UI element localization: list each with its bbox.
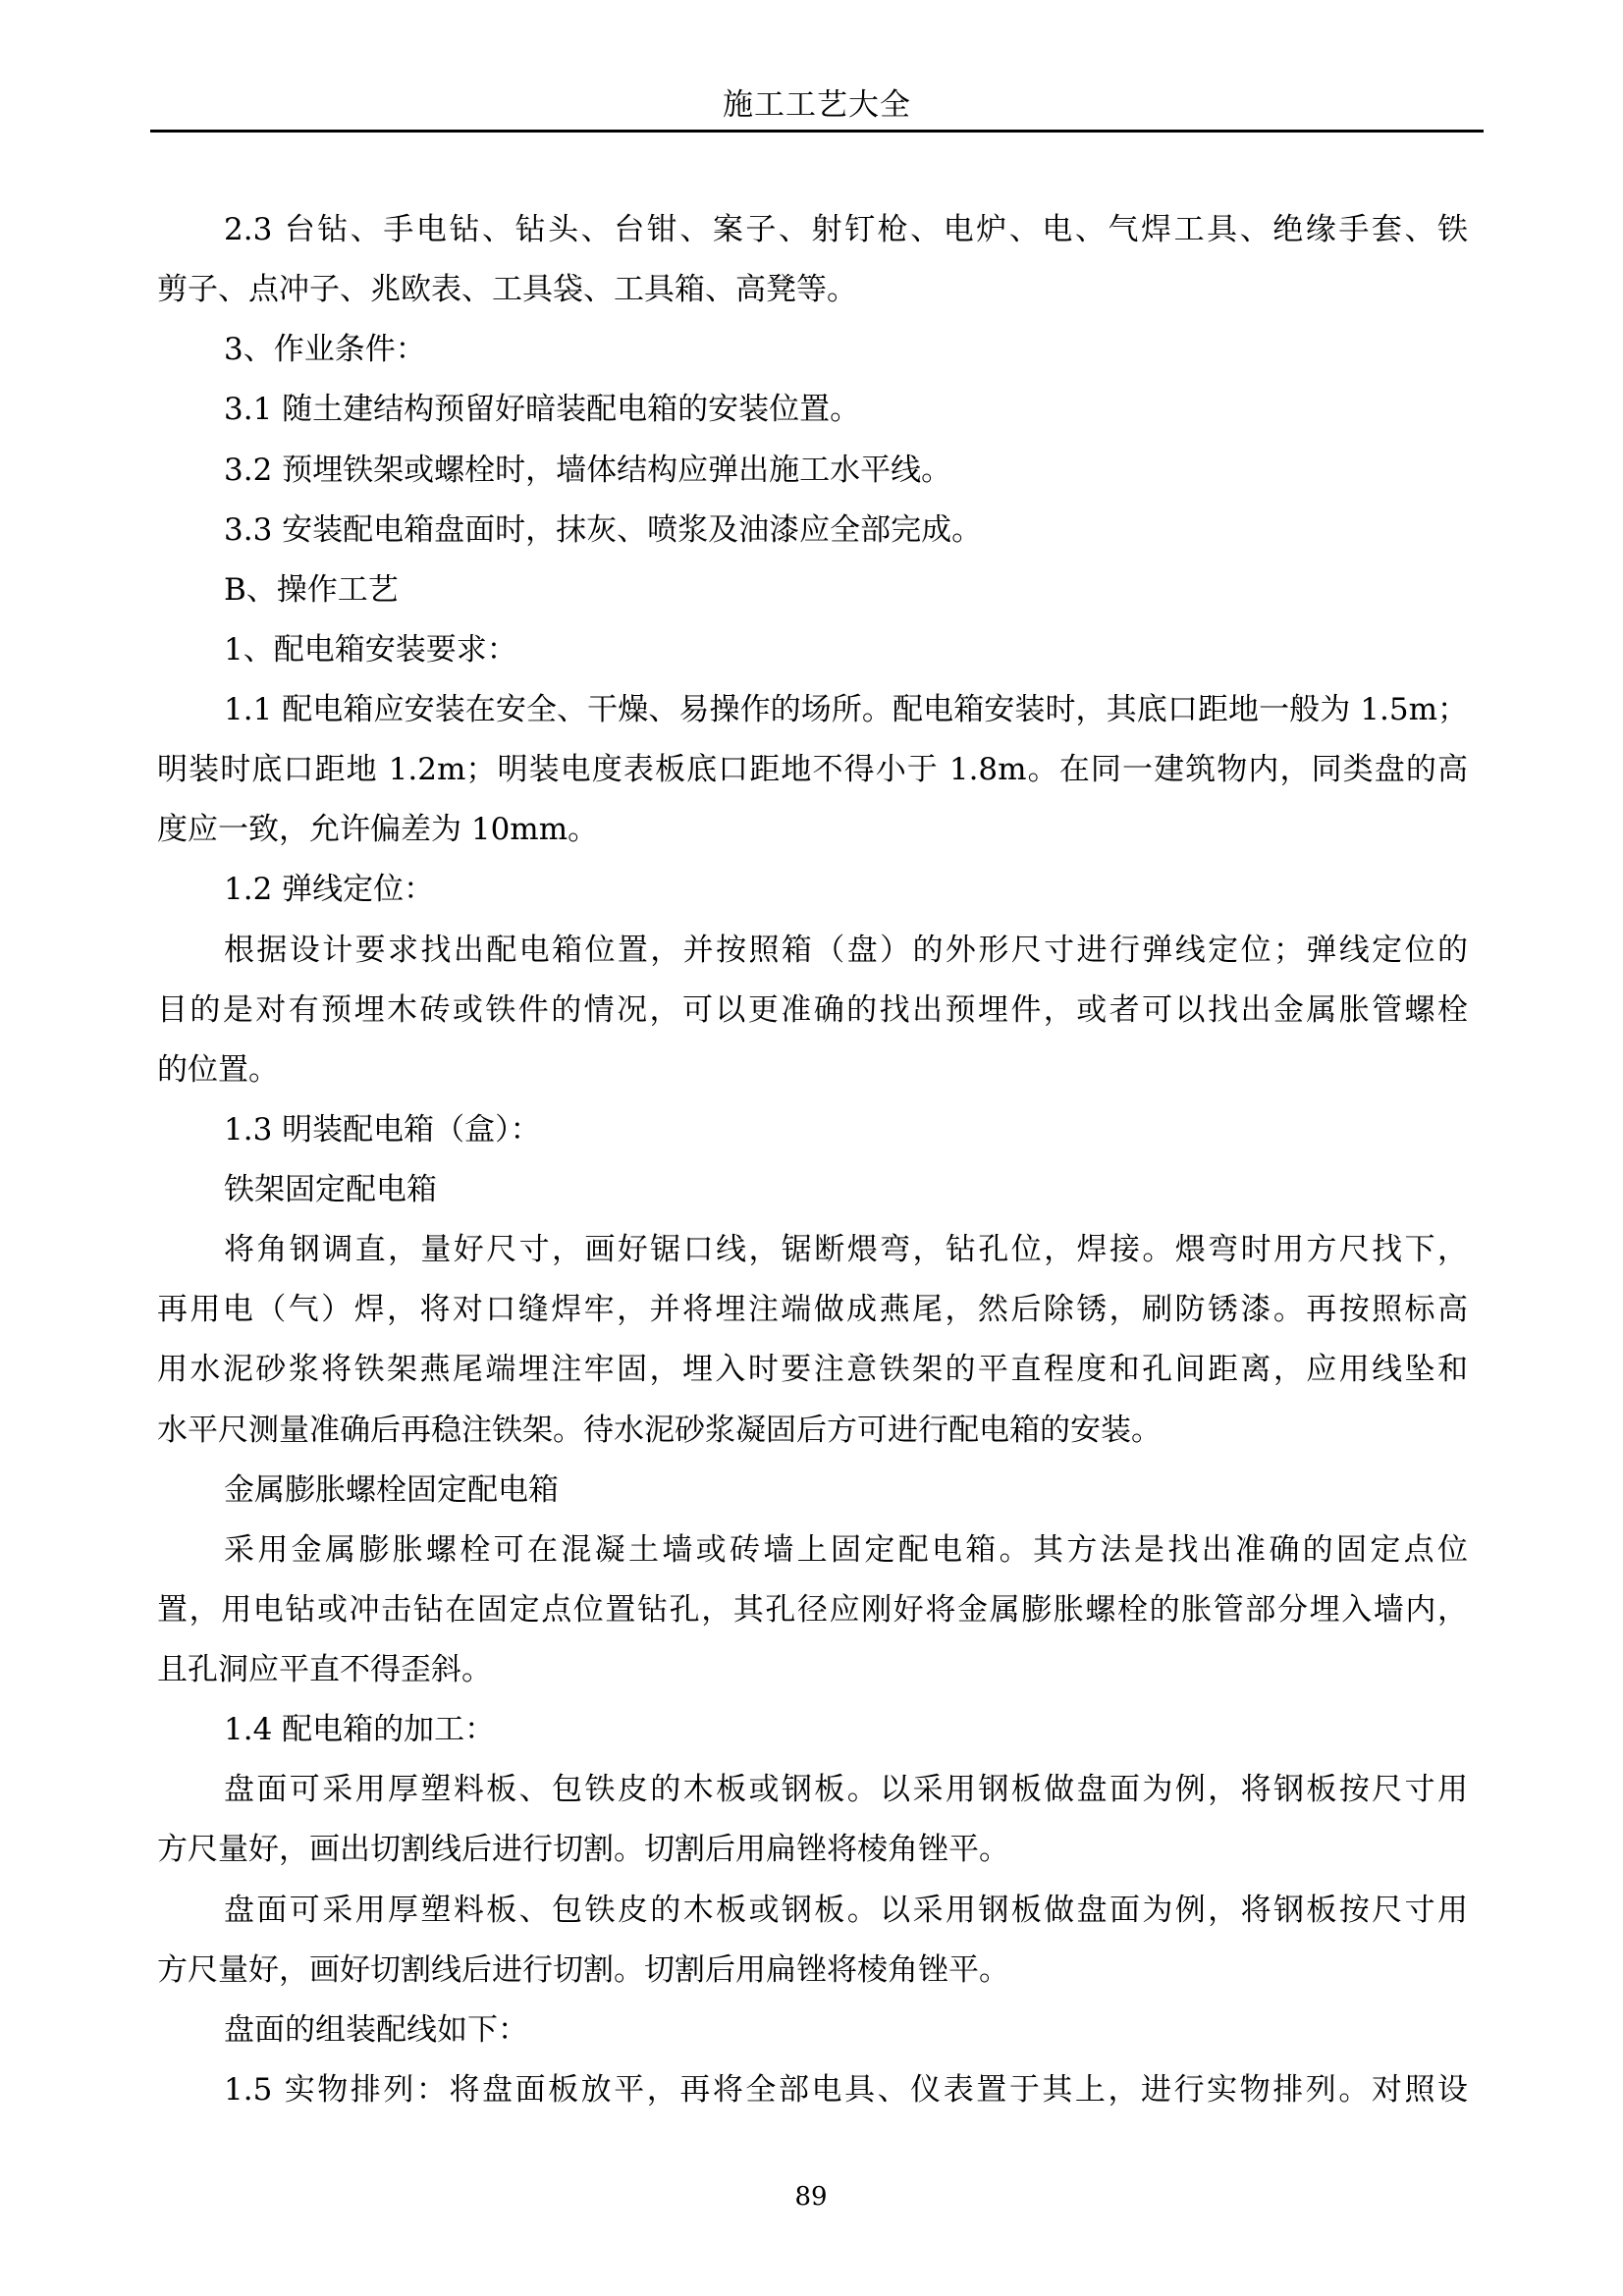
text-line: 明装时底口距地 1.2m；明装电度表板底口距地不得小于 1.8m。在同一建筑物内… <box>157 740 1468 800</box>
subsection-heading: 1.4 配电箱的加工： <box>157 1700 1468 1760</box>
text-line: 用水泥砂浆将铁架燕尾端埋注牢固，埋入时要注意铁架的平直程度和孔间距离，应用线坠和 <box>157 1340 1468 1400</box>
text-line: 方尺量好，画出切割线后进行切割。切割后用扁锉将棱角锉平。 <box>157 1820 1468 1880</box>
text-line: 1.1 配电箱应安装在安全、干燥、易操作的场所。配电箱安装时，其底口距地一般为 … <box>157 680 1468 740</box>
subsection-heading: 1.3 明装配电箱（盒）： <box>157 1100 1468 1160</box>
text-line: 1.5 实物排列：将盘面板放平，再将全部电具、仪表置于其上，进行实物排列。对照设 <box>157 2060 1468 2120</box>
subsection-heading: 1.2 弹线定位： <box>157 860 1468 920</box>
text-line: 3.2 预埋铁架或螺栓时，墙体结构应弹出施工水平线。 <box>157 441 1468 501</box>
text-line: 采用金属膨胀螺栓可在混凝土墙或砖墙上固定配电箱。其方法是找出准确的固定点位 <box>157 1521 1468 1580</box>
text-line: 3.1 随土建结构预留好暗装配电箱的安装位置。 <box>157 380 1468 440</box>
text-line: 再用电（气）焊，将对口缝焊牢，并将埋注端做成燕尾，然后除锈，刷防锈漆。再按照标高 <box>157 1280 1468 1340</box>
text-line: 盘面可采用厚塑料板、包铁皮的木板或钢板。以采用钢板做盘面为例，将钢板按尺寸用 <box>157 1881 1468 1941</box>
text-line: 2.3 台钻、手电钻、钻头、台钳、案子、射钉枪、电炉、电、气焊工具、绝缘手套、铁 <box>157 200 1468 260</box>
subsection-heading: 铁架固定配电箱 <box>157 1160 1468 1220</box>
document-body: 2.3 台钻、手电钻、钻头、台钳、案子、射钉枪、电炉、电、气焊工具、绝缘手套、铁… <box>157 200 1468 2120</box>
page-number: 89 <box>762 2177 860 2216</box>
text-line: 的位置。 <box>157 1041 1468 1100</box>
text-line: 盘面的组装配线如下： <box>157 2001 1468 2060</box>
text-line: 且孔洞应平直不得歪斜。 <box>157 1640 1468 1700</box>
text-line: 方尺量好，画好切割线后进行切割。切割后用扁锉将棱角锉平。 <box>157 1941 1468 2001</box>
text-line: 水平尺测量准确后再稳注铁架。待水泥砂浆凝固后方可进行配电箱的安装。 <box>157 1401 1468 1461</box>
text-line: 根据设计要求找出配电箱位置，并按照箱（盘）的外形尺寸进行弹线定位；弹线定位的 <box>157 921 1468 981</box>
text-line: 将角钢调直，量好尺寸，画好锯口线，锯断煨弯，钻孔位，焊接。煨弯时用方尺找下， <box>157 1220 1468 1280</box>
text-line: 剪子、点冲子、兆欧表、工具袋、工具箱、高凳等。 <box>157 260 1468 320</box>
text-line: 度应一致，允许偏差为 10mm。 <box>157 800 1468 860</box>
text-line: 置，用电钻或冲击钻在固定点位置钻孔，其孔径应刚好将金属膨胀螺栓的胀管部分埋入墙内… <box>157 1580 1468 1640</box>
page-header-title: 施工工艺大全 <box>150 82 1484 128</box>
section-heading: 1、配电箱安装要求： <box>157 620 1468 680</box>
text-line: 盘面可采用厚塑料板、包铁皮的木板或钢板。以采用钢板做盘面为例，将钢板按尺寸用 <box>157 1760 1468 1820</box>
section-heading: 3、作业条件： <box>157 320 1468 380</box>
text-line: 目的是对有预埋木砖或铁件的情况，可以更准确的找出预埋件，或者可以找出金属胀管螺栓 <box>157 981 1468 1041</box>
subsection-heading: 金属膨胀螺栓固定配电箱 <box>157 1461 1468 1521</box>
header-divider <box>150 130 1484 133</box>
section-heading: B、操作工艺 <box>157 561 1468 620</box>
text-line: 3.3 安装配电箱盘面时，抹灰、喷浆及油漆应全部完成。 <box>157 501 1468 561</box>
